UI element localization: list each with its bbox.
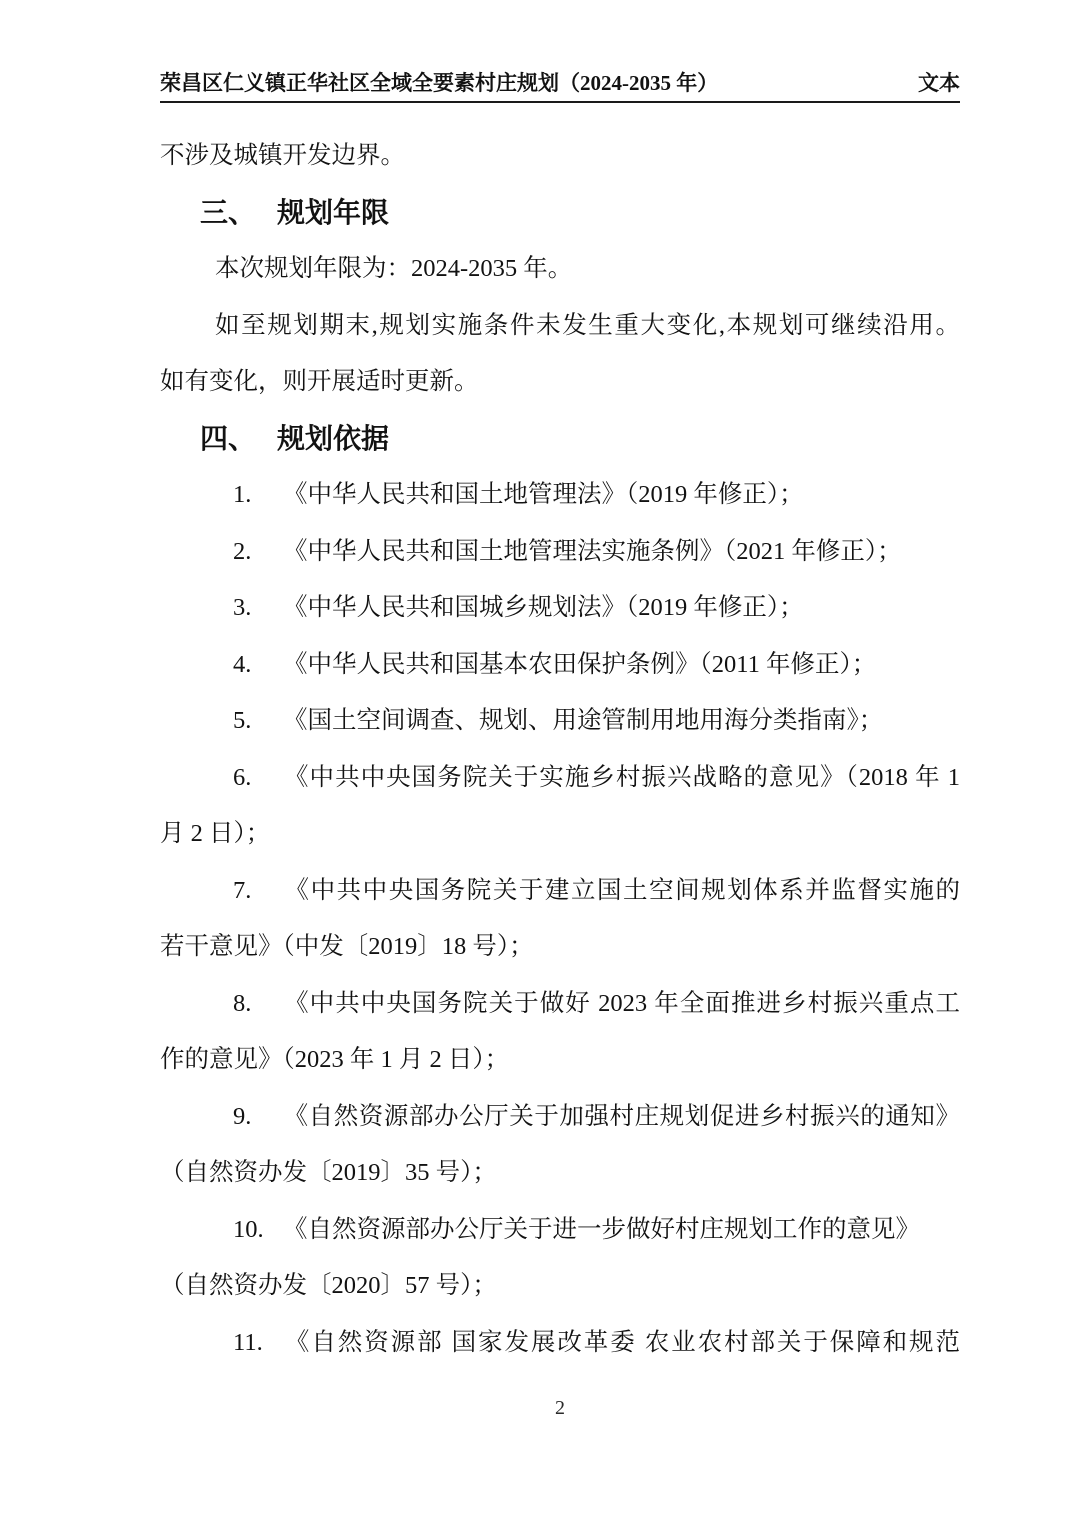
body-line: 月 2 日）； [160, 806, 960, 863]
section-heading-number: 三、 [200, 197, 256, 228]
list-item-text: 《中共中央国务院关于做好 2023 年全面推进乡村振兴重点工 [283, 990, 960, 1017]
list-item-text: 《中共中央国务院关于建立国土空间规划体系并监督实施的 [283, 877, 960, 904]
body-line: 不涉及城镇开发边界。 [160, 128, 960, 185]
document-body: 不涉及城镇开发边界。 三、规划年限 本次规划年限为：2024-2035 年。 如… [160, 128, 960, 1371]
list-item: 9.《自然资源部办公厅关于加强村庄规划促进乡村振兴的通知》 [160, 1089, 960, 1146]
list-item-text: 《自然资源部 国家发展改革委 农业农村部关于保障和规范 [283, 1329, 960, 1356]
list-item-text: 《中华人民共和国基本农田保护条例》（2011 年修正）； [283, 651, 876, 678]
list-item-number: 10. [233, 1202, 283, 1259]
list-item-text: 《中共中央国务院关于实施乡村振兴战略的意见》（2018 年 1 [283, 764, 960, 791]
list-item-number: 7. [233, 863, 283, 920]
list-item-number: 2. [233, 524, 283, 581]
list-item: 1.《中华人民共和国土地管理法》（2019 年修正）； [160, 467, 960, 524]
list-item: 4.《中华人民共和国基本农田保护条例》（2011 年修正）； [160, 637, 960, 694]
list-item-text: 《自然资源部办公厅关于进一步做好村庄规划工作的意见》 [283, 1216, 920, 1243]
list-item: 7.《中共中央国务院关于建立国土空间规划体系并监督实施的 [160, 863, 960, 920]
list-item: 5.《国土空间调查、规划、用途管制用地用海分类指南》； [160, 693, 960, 750]
list-item-text: 《国土空间调查、规划、用途管制用地用海分类指南》； [283, 707, 883, 734]
body-line: 本次规划年限为：2024-2035 年。 [160, 241, 960, 298]
list-item-number: 1. [233, 467, 283, 524]
header-title: 荣昌区仁义镇正华社区全域全要素村庄规划（2024-2035 年） [160, 70, 718, 96]
list-item: 3.《中华人民共和国城乡规划法》（2019 年修正）； [160, 580, 960, 637]
header-doc-type-label: 文本 [918, 70, 960, 96]
list-item-number: 6. [233, 750, 283, 807]
section-heading-3: 三、规划年限 [160, 185, 960, 242]
section-heading-number: 四、 [200, 423, 256, 454]
page-header: 荣昌区仁义镇正华社区全域全要素村庄规划（2024-2035 年） 文本 [160, 70, 960, 103]
list-item-number: 3. [233, 580, 283, 637]
list-item-text: 《自然资源部办公厅关于加强村庄规划促进乡村振兴的通知》 [283, 1103, 960, 1130]
section-heading-4: 四、规划依据 [160, 411, 960, 468]
section-heading-text: 规划年限 [277, 197, 389, 228]
page-footer: 2 [160, 1393, 960, 1423]
list-item-number: 4. [233, 637, 283, 694]
list-item-number: 5. [233, 693, 283, 750]
list-item: 10.《自然资源部办公厅关于进一步做好村庄规划工作的意见》 [160, 1202, 960, 1259]
list-item-text: 《中华人民共和国城乡规划法》（2019 年修正）； [283, 594, 804, 621]
list-item-number: 9. [233, 1089, 283, 1146]
body-line: 作的意见》（2023 年 1 月 2 日）； [160, 1032, 960, 1089]
list-item-number: 8. [233, 976, 283, 1033]
list-item-text: 《中华人民共和国土地管理法实施条例》（2021 年修正）； [283, 538, 902, 565]
body-line: （自然资办发〔2020〕57 号）； [160, 1258, 960, 1315]
list-item: 8.《中共中央国务院关于做好 2023 年全面推进乡村振兴重点工 [160, 976, 960, 1033]
list-item-text: 《中华人民共和国土地管理法》（2019 年修正）； [283, 481, 804, 508]
body-line: 如至规划期末,规划实施条件未发生重大变化,本规划可继续沿用。 [160, 298, 960, 355]
list-item: 6.《中共中央国务院关于实施乡村振兴战略的意见》（2018 年 1 [160, 750, 960, 807]
body-line: 如有变化，则开展适时更新。 [160, 354, 960, 411]
body-line: （自然资办发〔2019〕35 号）； [160, 1145, 960, 1202]
body-line: 若干意见》（中发〔2019〕18 号）； [160, 919, 960, 976]
section-heading-text: 规划依据 [277, 423, 389, 454]
document-page: 荣昌区仁义镇正华社区全域全要素村庄规划（2024-2035 年） 文本 不涉及城… [0, 0, 1074, 1520]
page-number: 2 [555, 1397, 565, 1419]
list-item-number: 11. [233, 1315, 283, 1372]
list-item: 11.《自然资源部 国家发展改革委 农业农村部关于保障和规范 [160, 1315, 960, 1372]
list-item: 2.《中华人民共和国土地管理法实施条例》（2021 年修正）； [160, 524, 960, 581]
